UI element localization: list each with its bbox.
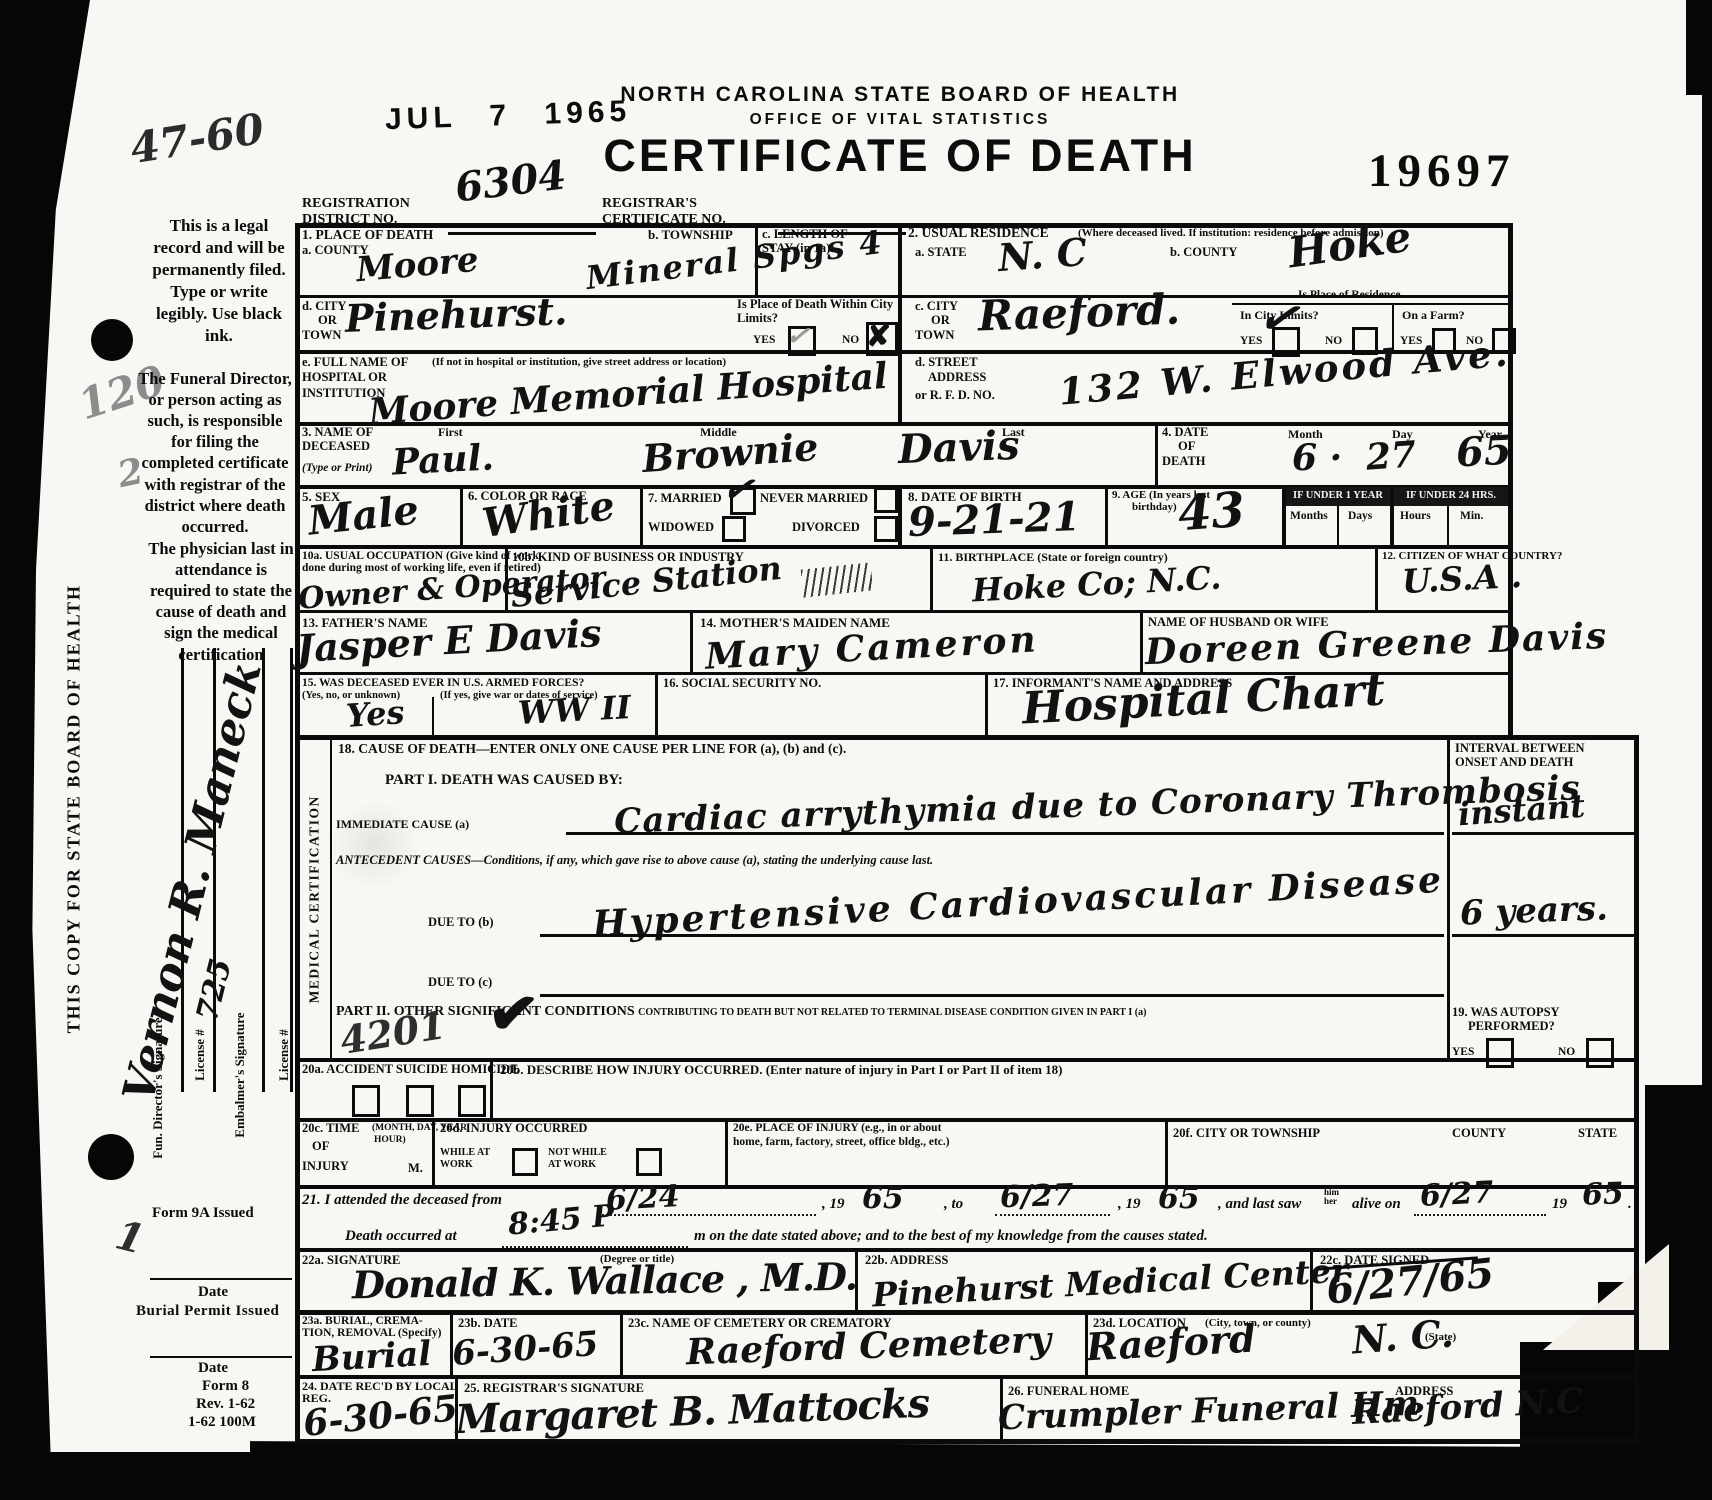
license-number-label: License # <box>277 1000 291 1110</box>
check-mark: ✓ <box>720 468 757 510</box>
scan-edge-right-nub <box>1686 0 1712 95</box>
field-2c-city-label2: OR <box>931 314 950 328</box>
burial-location-state-value: N. C. <box>1351 1315 1455 1360</box>
field-20c-label3: INJURY <box>302 1160 349 1174</box>
field-1d-city-value: Pinehurst. <box>344 292 567 338</box>
field-20d-not-while-label2: AT WORK <box>548 1160 596 1171</box>
hours-header: Hours <box>1400 510 1431 522</box>
minutes-header: Min. <box>1460 510 1483 522</box>
field-19-autopsy-label2: PERFORMED? <box>1468 1020 1555 1034</box>
field-2d-street-label2: ADDRESS <box>928 371 986 385</box>
last-name-value: Davis <box>897 426 1020 470</box>
field-5-sex-value: Male <box>306 490 420 541</box>
burial-location-city-value: Raeford <box>1085 1320 1256 1367</box>
grid-line <box>295 610 1513 613</box>
date-label: Date <box>198 1360 228 1376</box>
field-15-war-value: WW II <box>517 691 631 729</box>
field-3-name-label: 3. NAME OF <box>302 426 373 440</box>
interval-header2: ONSET AND DEATH <box>1455 756 1573 770</box>
grid-line <box>655 672 658 735</box>
grid-line <box>1375 545 1378 610</box>
field-2d-street-label3: or R. F. D. NO. <box>915 389 995 403</box>
grid-line <box>1165 1118 1168 1185</box>
printed-alive-on: alive on <box>1352 1196 1401 1212</box>
yes-label: YES <box>1452 1046 1474 1058</box>
field-3-name-label2: DECEASED <box>302 440 370 454</box>
grid-line <box>448 232 596 235</box>
grid-line <box>460 485 463 545</box>
yes-label: YES <box>753 334 775 346</box>
grid-line <box>690 610 693 672</box>
residence-question: Is Place of Residence <box>1298 289 1401 301</box>
checkbox-accident <box>352 1085 380 1117</box>
pencil-mark: 1 <box>112 1215 149 1261</box>
field-1d-city-label3: TOWN <box>302 329 341 343</box>
field-2b-county-label: b. COUNTY <box>1170 246 1237 260</box>
embalmer-signature-label: Embalmer's Signature <box>233 993 247 1157</box>
part1-header: PART I. DEATH WAS CAUSED BY: <box>385 772 623 788</box>
field-22b-address-label: 22b. ADDRESS <box>865 1254 948 1268</box>
printed-19: , 19 <box>822 1196 845 1212</box>
scribble <box>801 562 874 597</box>
grid-line <box>330 735 332 1058</box>
grid-line <box>295 735 1639 740</box>
field-4-date-label: 4. DATE <box>1162 426 1208 440</box>
grid-line <box>1105 485 1108 545</box>
document-title: CERTIFICATE OF DEATH <box>540 132 1260 181</box>
field-2c-city-label3: TOWN <box>915 329 954 343</box>
field-20e-label: 20e. PLACE OF INJURY (e.g., in or about <box>733 1122 941 1134</box>
field-16-ssn-label: 16. SOCIAL SECURITY NO. <box>663 677 821 691</box>
checkbox-homicide <box>458 1085 486 1117</box>
check-mark: ✔ <box>485 982 541 1047</box>
burial-type-value: Burial <box>311 1337 432 1377</box>
grid-line <box>620 1310 623 1375</box>
issuing-agency: NORTH CAROLINA STATE BOARD OF HEALTH <box>540 84 1260 107</box>
field-1c-length-of-stay-label: c. LENGTH OF <box>762 228 848 242</box>
field-1b-township-label: b. TOWNSHIP <box>648 228 733 242</box>
registration-district-value: 6304 <box>453 155 568 208</box>
checkbox-autopsy-no <box>1586 1038 1614 1068</box>
interval-header: INTERVAL BETWEEN <box>1455 742 1585 756</box>
field-20d-label: 20d. INJURY OCCURRED <box>440 1122 587 1136</box>
field-23a-label: 23a. BURIAL, CREMA- <box>302 1315 423 1327</box>
grid-line <box>295 545 1513 549</box>
field-2a-state-label: a. STATE <box>915 246 967 260</box>
field-10a-occupation-label: 10a. USUAL OCCUPATION (Give kind of work <box>302 550 539 562</box>
field-20d-while-label: WHILE AT <box>440 1148 490 1159</box>
field-8-birth-date-value: 9-21-21 <box>907 497 1081 543</box>
field-7-divorced-label: DIVORCED <box>792 521 860 535</box>
death-occurred-statement2: m on the date stated above; and to the b… <box>694 1228 1208 1244</box>
attended-statement: 21. I attended the deceased from <box>302 1192 502 1208</box>
certificate-serial-number: 19697 <box>1368 146 1516 197</box>
printed-last-saw: , and last saw <box>1218 1196 1301 1212</box>
grid-line <box>985 672 988 735</box>
burial-permit-label: Burial Permit Issued <box>136 1303 279 1319</box>
antecedent-causes-label: ANTECEDENT CAUSES—Conditions, if any, wh… <box>336 854 933 868</box>
due-to-c-label: DUE TO (c) <box>428 976 492 990</box>
attended-to-year-value: 65 <box>1158 1184 1200 1214</box>
grid-line <box>1140 610 1143 672</box>
hole-punch <box>91 319 133 361</box>
grid-line <box>262 648 265 1092</box>
registrar-certificate-label: REGISTRAR'S <box>602 196 697 211</box>
field-1e-hospital-paren: (If not in hospital or institution, give… <box>432 357 726 369</box>
her-label: her <box>1324 1196 1337 1206</box>
on-a-farm-label: On a Farm? <box>1402 309 1465 322</box>
printed-to: , to <box>944 1196 963 1212</box>
page-corner-fold <box>1543 1244 1669 1350</box>
no-label: NO <box>1558 1046 1575 1058</box>
grid-line <box>540 934 1444 937</box>
field-20c-label: 20c. TIME <box>302 1122 359 1136</box>
first-name-header: First <box>438 426 463 439</box>
leader-line <box>598 1214 816 1216</box>
printed-period: . <box>1628 1196 1632 1212</box>
due-to-b-interval-value: 6 years. <box>1459 891 1608 930</box>
death-occurred-statement: Death occurred at <box>345 1228 457 1244</box>
grid-line <box>295 1248 1639 1252</box>
him-her-stack: himher <box>1324 1188 1339 1206</box>
death-city-limits-question2: Limits? <box>737 312 778 326</box>
county-header: COUNTY <box>1452 1127 1506 1141</box>
field-23b-date-label: 23b. DATE <box>458 1317 518 1331</box>
field-1d-city-label: d. CITY <box>302 300 346 314</box>
grid-line <box>640 485 643 545</box>
check-mark: ✓ <box>785 321 811 351</box>
grid-line <box>432 697 434 735</box>
field-11-birthplace-label: 11. BIRTHPLACE (State or foreign country… <box>938 551 1168 564</box>
leader-line <box>995 1214 1110 1216</box>
due-to-b-label: DUE TO (b) <box>428 916 494 930</box>
immediate-cause-value: Cardiac arrythymia due to Coronary Throm… <box>614 771 1581 839</box>
table-border <box>1634 735 1639 1444</box>
field-1e-hospital-label2: HOSPITAL OR <box>302 371 387 385</box>
field-15-answer-value: Yes <box>345 696 406 732</box>
field-2c-city-label: c. CITY <box>915 300 958 314</box>
field-20c-sub2: HOUR) <box>374 1135 406 1145</box>
medical-certification-vertical-label: MEDICAL CERTIFICATION <box>308 729 323 1069</box>
grid-line <box>930 545 933 610</box>
print-run-label: 1-62 100M <box>188 1414 256 1430</box>
checkbox-suicide <box>406 1085 434 1117</box>
grid-line <box>898 485 902 545</box>
fun-director-signature-label: Fun. Director's Signature <box>151 985 165 1191</box>
last-alive-value: 6/27 <box>1419 1178 1494 1212</box>
table-border <box>295 223 300 1444</box>
leader-line <box>502 1246 688 1248</box>
revision-label: Rev. 1-62 <box>196 1396 255 1412</box>
field-7-never-married-label: NEVER MARRIED <box>760 492 868 506</box>
death-day-value: 27 <box>1365 436 1417 475</box>
checkbox-divorced <box>874 516 898 542</box>
death-month-value: 6 · <box>1292 440 1342 476</box>
margin-note-legal: This is a legal record and will be perma… <box>148 215 290 348</box>
if-under-24-hrs-header: IF UNDER 24 HRS. <box>1394 487 1508 506</box>
field-7-married-label: 7. MARRIED <box>648 492 722 506</box>
leader-line <box>1414 1214 1546 1216</box>
part2-header: PART II. OTHER SIGNIFICANT CONDITIONS CO… <box>336 1004 1146 1019</box>
registration-district-label: REGISTRATION <box>302 196 410 211</box>
field-20d-while-label2: WORK <box>440 1160 473 1171</box>
field-2d-street-label: d. STREET <box>915 356 978 370</box>
field-20f-label: 20f. CITY OR TOWNSHIP <box>1173 1127 1320 1141</box>
field-15-armed-forces-label: 15. WAS DECEASED EVER IN U.S. ARMED FORC… <box>302 677 584 689</box>
grid-line <box>725 1118 728 1185</box>
death-certificate-scan: 47-60 This is a legal record and will be… <box>0 0 1712 1500</box>
check-mark: ✓ <box>1254 291 1302 345</box>
x-mark: ✘ <box>866 322 891 352</box>
death-time-value: 8:45 P <box>507 1201 616 1240</box>
field-3-name-label3: (Type or Print) <box>302 462 372 474</box>
death-year-value: 65 <box>1455 431 1513 474</box>
table-border <box>1508 223 1513 739</box>
attended-from-value: 6/24 <box>605 1182 680 1216</box>
death-city-limits-question: Is Place of Death Within City <box>737 298 893 312</box>
grid-line <box>1337 506 1339 545</box>
part2-header-rest: CONTRIBUTING TO DEATH BUT NOT RELATED TO… <box>638 1007 1146 1018</box>
field-1a-county-value: Moore <box>355 243 480 288</box>
margin-note-funeral-director: The Funeral Director, or person acting a… <box>136 368 294 537</box>
field-1e-hospital-label: e. FULL NAME OF <box>302 356 408 370</box>
grid-line <box>150 1278 292 1280</box>
field-1d-city-label2: OR <box>318 314 337 328</box>
grid-line <box>898 223 902 422</box>
field-19-autopsy-label: 19. WAS AUTOPSY <box>1452 1006 1560 1020</box>
field-12-citizen-value: U.S.A . <box>1401 559 1523 598</box>
field-7-widowed-label: WIDOWED <box>648 521 714 535</box>
burial-date-value: 6-30-65 <box>451 1327 600 1371</box>
attended-to-value: 6/27 <box>999 1181 1074 1214</box>
field-20c-m-label: M. <box>408 1162 423 1176</box>
file-code-note: 47-60 <box>128 108 267 170</box>
checkbox-widowed <box>722 516 746 542</box>
smudge <box>330 800 420 890</box>
field-1c-length-of-stay-label2: STAY (in 1a) <box>762 242 830 256</box>
grid-line <box>1155 422 1158 485</box>
grid-line <box>1447 506 1449 545</box>
state-header: STATE <box>1578 1127 1617 1141</box>
grid-line <box>1452 832 1634 835</box>
field-20c-label2: OF <box>312 1140 329 1154</box>
grid-line <box>1452 934 1634 937</box>
field-2a-state-value: N. C <box>997 233 1088 277</box>
cemetery-name-value: Raeford Cemetery <box>685 1322 1051 1371</box>
immediate-cause-label: IMMEDIATE CAUSE (a) <box>336 818 469 831</box>
grid-line <box>150 1356 292 1358</box>
margin-vertical-copy-label: THIS COPY FOR STATE BOARD OF HEALTH <box>64 519 83 1099</box>
field-9-age-label2: birthday) <box>1132 502 1177 514</box>
no-label: NO <box>842 334 859 346</box>
issuing-office: OFFICE OF VITAL STATISTICS <box>540 112 1260 129</box>
field-20a-label: 20a. ACCIDENT SUICIDE HOMICIDE <box>302 1063 518 1077</box>
checkbox-while-at-work <box>512 1148 538 1176</box>
checkbox-never-married <box>874 487 898 513</box>
if-under-1-year-header: IF UNDER 1 YEAR <box>1286 487 1390 506</box>
field-2c-city-value: Raeford. <box>977 288 1180 337</box>
field-20b-label: 20b. DESCRIBE HOW INJURY OCCURRED. (Ente… <box>500 1063 1063 1077</box>
attended-from-year-value: 65 <box>862 1184 904 1214</box>
grid-line <box>295 1375 1639 1379</box>
due-to-b-value: Hypertensive Cardiovascular Disease <box>592 862 1445 943</box>
checkbox-not-while-at-work <box>636 1148 662 1176</box>
last-alive-year-value: 65 <box>1581 1179 1624 1210</box>
physician-signature-value: Donald K. Wallace , M.D. <box>352 1258 857 1305</box>
printed-19: 19 <box>1552 1196 1567 1212</box>
grid-line <box>566 832 1444 835</box>
checkbox-autopsy-yes <box>1486 1038 1514 1068</box>
field-11-birthplace-value: Hoke Co; N.C. <box>971 561 1222 606</box>
field-4-date-label3: DEATH <box>1162 455 1206 469</box>
field-18-header: 18. CAUSE OF DEATH—ENTER ONLY ONE CAUSE … <box>338 742 846 757</box>
months-header: Months <box>1290 510 1328 522</box>
field-9-age-value: 43 <box>1176 486 1246 539</box>
license-number-label: License # <box>193 1000 207 1110</box>
days-header: Days <box>1348 510 1372 522</box>
date-label: Date <box>198 1284 228 1300</box>
form-8-label: Form 8 <box>202 1378 249 1394</box>
grid-line <box>540 994 1444 997</box>
immediate-cause-interval-value: instant <box>1457 790 1586 831</box>
first-name-value: Paul. <box>391 439 495 480</box>
field-1-title: 1. PLACE OF DEATH <box>302 228 433 243</box>
field-20d-not-while-label: NOT WHILE <box>548 1148 607 1159</box>
field-4-date-label2: OF <box>1178 440 1195 454</box>
field-20e-label2: home, farm, factory, street, office bldg… <box>733 1136 950 1148</box>
printed-19: , 19 <box>1118 1196 1141 1212</box>
form-9a-label: Form 9A Issued <box>152 1205 254 1221</box>
